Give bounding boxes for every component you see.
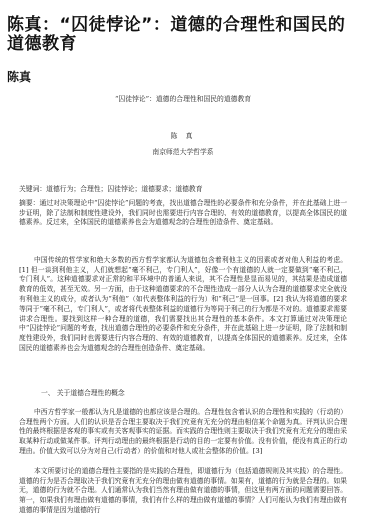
section-paragraph: 中西方哲学家一般都认为凡是道德的也都应该是合理的。合理性包含着认识的合理性和实践… <box>19 408 347 457</box>
section-paragraph: 本文所要讨论的道德合理性主要指的是实践的合理性，即道德行为（包括道德规则及其实践… <box>19 467 347 516</box>
paper-affiliation: 南京师范大学哲学系 <box>19 147 347 157</box>
paper-author: 陈 真 <box>19 131 347 141</box>
author-name: 陈真 <box>7 68 357 85</box>
keywords: 关键词：道德行为；合理性；囚徒悖论；道德要求；道德教育 <box>19 184 347 194</box>
intro-paragraph: 中国传统的哲学家和绝大多数的西方哲学家都认为道德包含着利他主义的因素或者对他人利… <box>19 256 347 354</box>
paper-body: “囚徒悖论”：道德的合理性和国民的道德教育 陈 真 南京师范大学哲学系 关键词：… <box>19 94 347 516</box>
document-title: 陈真：“囚徒悖论”：道德的合理性和国民的道德教育 <box>7 16 357 54</box>
page-header: 陈真：“囚徒悖论”：道德的合理性和国民的道德教育 陈真 <box>7 16 357 85</box>
paper-subtitle: “囚徒悖论”：道德的合理性和国民的道德教育 <box>19 94 347 104</box>
section-heading: 一、 关于道德合理性的概念 <box>19 388 347 398</box>
abstract: 摘要：通过对决策理论中“囚徒悖论”问题的考查，找出道德合理性的必要条件和充分条件… <box>19 199 347 228</box>
